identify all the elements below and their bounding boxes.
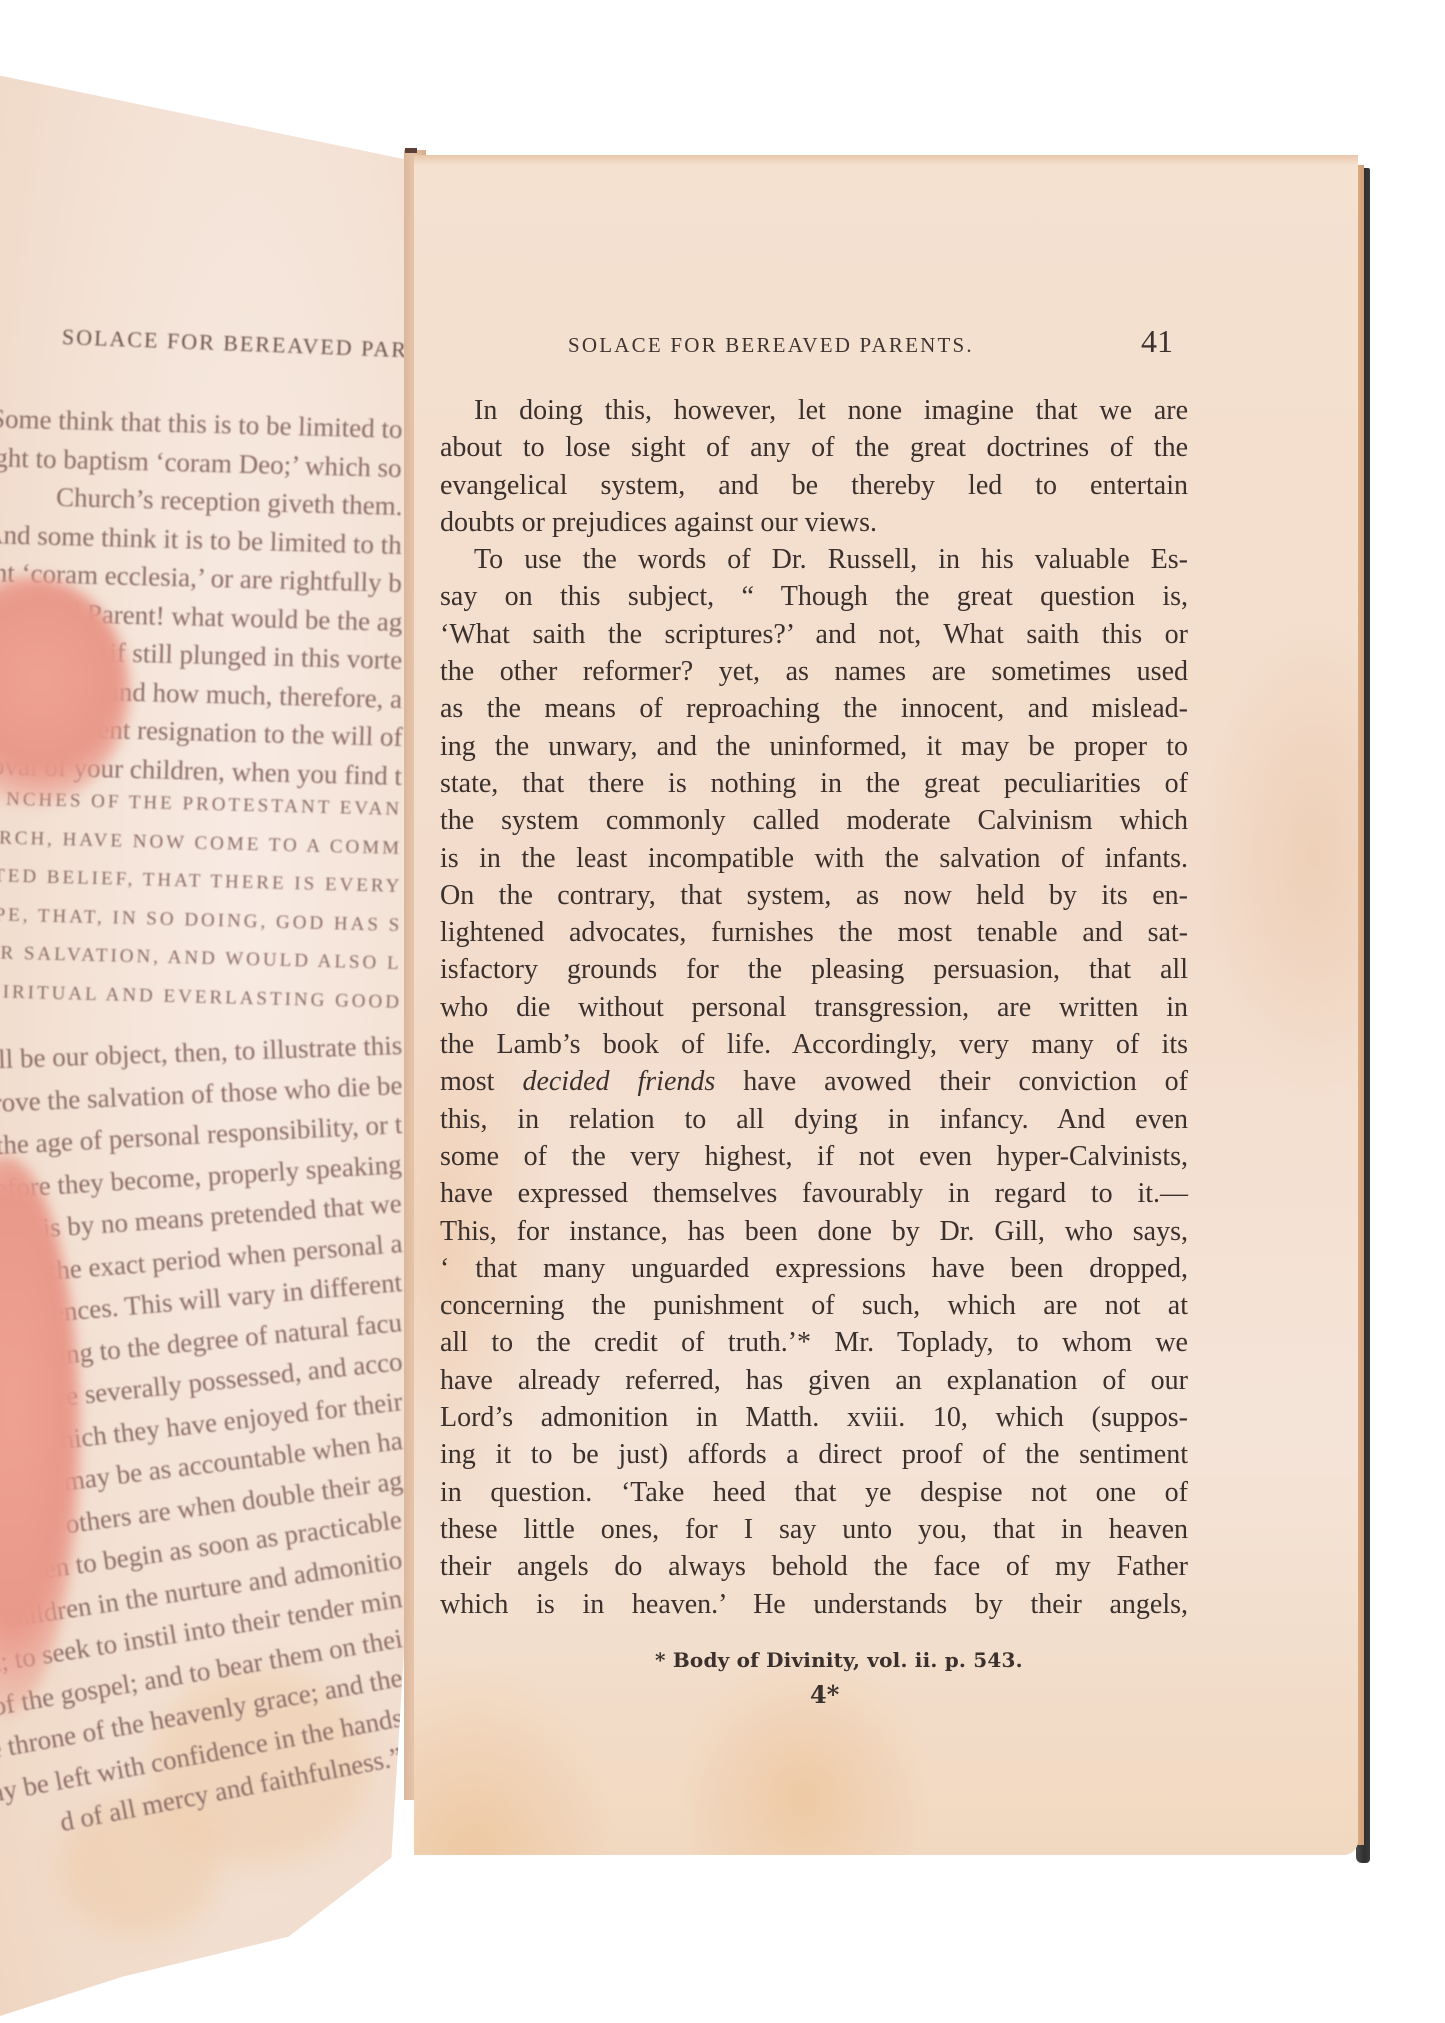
text-line: This, for instance, has been done by Dr.… [440, 1213, 1188, 1250]
text-line: state, that there is nothing in the grea… [440, 765, 1188, 802]
italic-emphasis: decided friends [522, 1066, 715, 1097]
text-line: ‘ that many unguarded expressions have b… [440, 1250, 1188, 1287]
left-page: SOLACE FOR BEREAVED PARENTS. Some think … [0, 36, 412, 2016]
body-text: In doing this, however, let none imagine… [440, 392, 1188, 1623]
left-text-line: IR SALVATION, AND WOULD ALSO L [0, 942, 402, 975]
text-line: as the means of reproaching the innocent… [440, 690, 1188, 727]
text-line: doubts or prejudices against our views. [440, 504, 1188, 541]
text-line: who die without personal transgression, … [440, 989, 1188, 1026]
left-running-head: SOLACE FOR BEREAVED PARENTS. [62, 324, 412, 366]
text-line: On the contrary, that system, as now hel… [440, 877, 1188, 914]
text-line: this, in relation to all dying in infanc… [440, 1101, 1188, 1138]
text-run: have avowed their conviction of [715, 1066, 1188, 1097]
text-line: in question. ‘Take heed that ye despise … [440, 1474, 1188, 1511]
text-line: all to the credit of truth.’* Mr. Toplad… [440, 1324, 1188, 1361]
text-line: about to lose sight of any of the great … [440, 429, 1188, 466]
text-line: lightened advocates, furnishes the most … [440, 914, 1188, 951]
signature-mark: 4* [810, 1680, 839, 1709]
text-line: ing it to be just) affords a direct proo… [440, 1436, 1188, 1473]
left-text-line: HOPE, THAT, IN SO DOING, GOD HAS S [0, 903, 402, 937]
text-line: is in the least incompatible with the sa… [440, 840, 1188, 877]
text-run: most [440, 1066, 522, 1097]
text-line: have already referred, has given an expl… [440, 1362, 1188, 1399]
text-line: ‘What saith the scriptures?’ and not, Wh… [440, 616, 1188, 653]
footnote: * Body of Divinity, vol. ii. p. 543. [655, 1648, 1023, 1672]
text-line: most decided friends have avowed their c… [440, 1063, 1188, 1100]
text-line: the Lamb’s book of life. Accordingly, ve… [440, 1026, 1188, 1063]
text-line: the other reformer? yet, as names are so… [440, 653, 1188, 690]
left-text-line: And some think it is to be limited to th [0, 519, 402, 561]
left-text-line: RCH, HAVE NOW COME TO A COMM [0, 827, 402, 860]
text-line: the system commonly called moderate Calv… [440, 802, 1188, 839]
left-text-line: Some think that this is to be limited to [0, 403, 402, 445]
gutter-thread [405, 148, 417, 153]
left-text-line: TED BELIEF, THAT THERE IS EVERY [0, 865, 402, 898]
left-text-line: e right to baptism ‘coram Deo;’ which so [0, 441, 402, 484]
text-line: these little ones, for I say unto you, t… [440, 1511, 1188, 1548]
text-line: To use the words of Dr. Russell, in his … [440, 541, 1188, 578]
text-line: which is in heaven.’ He understands by t… [440, 1586, 1188, 1623]
running-head: SOLACE FOR BEREAVED PARENTS. [568, 333, 974, 358]
text-line: ing the unwary, and the uninformed, it m… [440, 728, 1188, 765]
page-number: 41 [1141, 323, 1173, 360]
text-line: concerning the punishment of such, which… [440, 1287, 1188, 1324]
text-line: some of the very highest, if not even hy… [440, 1138, 1188, 1175]
left-page-text: SOLACE FOR BEREAVED PARENTS. Some think … [0, 36, 412, 2016]
left-text-line: R SPIRITUAL AND EVERLASTING GOOD [0, 980, 402, 1014]
text-line: their angels do always behold the face o… [440, 1548, 1188, 1585]
text-line: have expressed themselves favourably in … [440, 1175, 1188, 1212]
text-line: say on this subject, “ Though the great … [440, 578, 1188, 615]
left-text-line: will be our object, then, to illustrate … [0, 1030, 403, 1076]
left-text-line: Church’s reception giveth them. [55, 482, 402, 522]
text-line: evangelical system, and be thereby led t… [440, 467, 1188, 504]
text-line: isfactory grounds for the pleasing persu… [440, 951, 1188, 988]
text-line: Lord’s admonition in Matth. xviii. 10, w… [440, 1399, 1188, 1436]
text-line: In doing this, however, let none imagine… [440, 392, 1188, 429]
